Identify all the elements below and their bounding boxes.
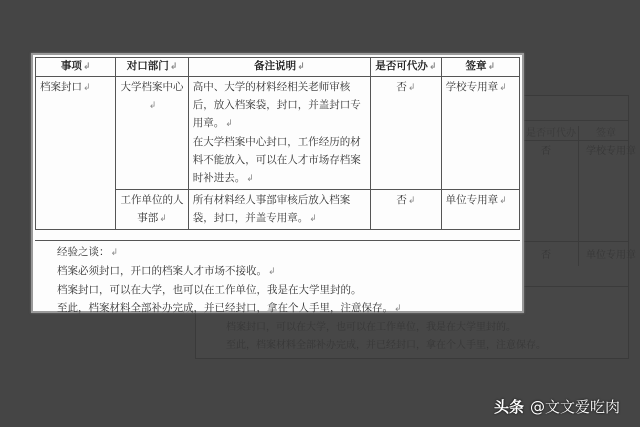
experience-line: 档案封口，可以在大学，也可以在工作单位，我是在大学里封的。 [57,281,520,299]
ghost-header-proxy: 是否可代办 [526,124,576,139]
header-item: 事项↲ [36,58,116,77]
header-proxy: 是否可代办↲ [371,58,441,77]
experience-line: 至此，档案材料全部补办完成，并已经封口，拿在个人手里，注意保存。↲ [57,299,520,318]
cell-department: 大学档案中心↲ [116,77,188,190]
experience-section: 经验之谈：↲ 档案必须封口，开口的档案人才市场不接收。↲ 档案封口，可以在大学，… [35,240,520,310]
document-table-card: 事项↲ 对口部门↲ 备注说明↲ 是否可代办↲ 签章↲ 档案封口↲ 大学档案中心↲… [31,53,524,313]
ghost-cell: 否 [541,142,551,157]
cell-department: 工作单位的人事部↲ [116,190,188,230]
header-notes: 备注说明↲ [188,58,370,77]
cell-proxy: 否↲ [371,77,441,190]
ghost-column-line [578,126,579,266]
cell-seal: 学校专用章↲ [441,77,519,190]
table-row: 档案封口↲ 大学档案中心↲ 高中、大学的材料经相关老师审核后，放入档案袋，封口，… [36,77,520,190]
experience-title: 经验之谈：↲ [57,243,520,262]
table-header-row: 事项↲ 对口部门↲ 备注说明↲ 是否可代办↲ 签章↲ [36,58,520,77]
cell-notes: 高中、大学的材料经相关老师审核后，放入档案袋，封口，并盖封口专用章。↲ 在大学档… [188,77,370,190]
cell-proxy: 否↲ [371,190,441,230]
ghost-line: 档案封口，可以在大学，也可以在工作单位，我是在大学里封的。 [226,318,516,333]
watermark-brand: 头条 [494,398,524,416]
experience-line: 档案必须封口，开口的档案人才市场不接收。↲ [57,262,520,281]
cell-item: 档案封口↲ [36,77,116,230]
ghost-cell: 学校专用章 [586,142,636,157]
cell-notes: 所有材料经人事部审核后放入档案袋，封口，并盖专用章。↲ [188,190,370,230]
header-seal: 签章↲ [441,58,519,77]
header-department: 对口部门↲ [116,58,188,77]
watermark: 头条@文文爱吃肉 [494,396,620,417]
ghost-cell: 单位专用章 [586,246,636,261]
watermark-handle: @文文爱吃肉 [530,398,620,416]
ghost-header-seal: 签章 [596,124,616,139]
archive-sealing-table: 事项↲ 对口部门↲ 备注说明↲ 是否可代办↲ 签章↲ 档案封口↲ 大学档案中心↲… [35,57,520,230]
cell-seal: 单位专用章↲ [441,190,519,230]
ghost-cell: 否 [541,246,551,261]
ghost-line: 至此，档案材料全部补办完成，并已经封口，拿在个人手里，注意保存。 [226,336,546,351]
